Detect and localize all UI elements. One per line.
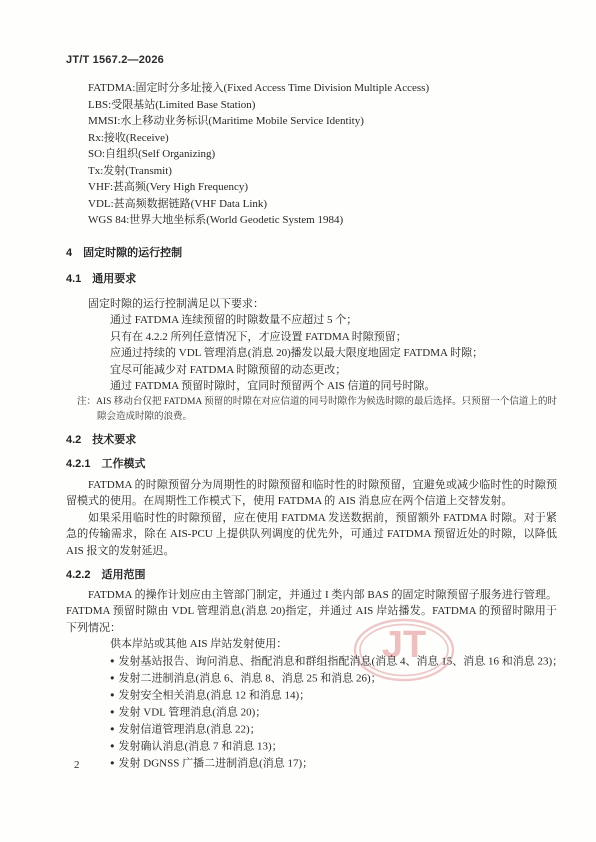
- term-definition: Tx:发射(Transmit): [66, 163, 557, 180]
- s422-lead-line: 供本岸站或其他 AIS 岸站发射使用：: [66, 636, 557, 653]
- bullet-icon: ●: [110, 690, 115, 699]
- terms-list: FATDMA:固定时分多址接入(Fixed Access Time Divisi…: [66, 80, 557, 229]
- list-item: ●发射信道管理消息(消息 22)；: [66, 721, 557, 738]
- section-4-heading: 4 固定时隙的运行控制: [66, 245, 557, 262]
- section-4-2-heading: 4.2 技术要求: [66, 432, 557, 449]
- term-definition: LBS:受限基站(Limited Base Station): [66, 97, 557, 114]
- list-item-text: 发射安全相关消息(消息 12 和消息 14)；: [119, 689, 311, 701]
- term-definition: VDL:甚高频数据链路(VHF Data Link): [66, 196, 557, 213]
- term-definition: Rx:接收(Receive): [66, 130, 557, 147]
- section-4-2-1-heading: 4.2.1 工作模式: [66, 456, 557, 473]
- bullet-icon: ●: [110, 707, 115, 716]
- list-item-text: 发射二进制消息(消息 6、消息 8、消息 25 和消息 26)；: [119, 672, 382, 684]
- requirement-item: 通过 FATDMA 连续预留的时隙数量不应超过 5 个；: [66, 312, 557, 329]
- list-item: ●发射二进制消息(消息 6、消息 8、消息 25 和消息 26)；: [66, 670, 557, 687]
- page-content: FATDMA:固定时分多址接入(Fixed Access Time Divisi…: [66, 80, 557, 772]
- bullet-icon: ●: [110, 741, 115, 750]
- document-page: JT JT/T 1567.2—2026 FATDMA:固定时分多址接入(Fixe…: [0, 0, 596, 842]
- requirement-item: 宜尽可能减少对 FATDMA 时隙预留的动态更改；: [66, 362, 557, 379]
- list-item-text: 发射 VDL 管理消息(消息 20)；: [119, 706, 267, 718]
- section-4-2-2-heading: 4.2.2 适用范围: [66, 567, 557, 584]
- term-definition: MMSI:水上移动业务标识(Maritime Mobile Service Id…: [66, 113, 557, 130]
- s421-paragraph-2: 如果采用临时性的时隙预留，应在使用 FATDMA 发送数据前，预留额外 FATD…: [66, 510, 557, 560]
- bullet-icon: ●: [110, 673, 115, 682]
- list-item-text: 发射信道管理消息(消息 22)；: [119, 723, 261, 735]
- term-definition: FATDMA:固定时分多址接入(Fixed Access Time Divisi…: [66, 80, 557, 97]
- bullet-icon: ●: [110, 758, 115, 767]
- list-item-text: 发射确认消息(消息 7 和消息 13)；: [119, 740, 283, 752]
- doc-number: JT/T 1567.2—2026: [66, 54, 164, 66]
- list-item: ●发射确认消息(消息 7 和消息 13)；: [66, 738, 557, 755]
- requirement-item: 应通过持续的 VDL 管理消息(消息 20)播发以最大限度地固定 FATDMA …: [66, 345, 557, 362]
- term-definition: VHF:甚高频(Very High Frequency): [66, 179, 557, 196]
- s41-note: 注：AIS 移动台仅把 FATDMA 预留的时隙在对应信道的同号时隙作为候选时隙…: [77, 395, 557, 425]
- bullet-icon: ●: [110, 724, 115, 733]
- s422-paragraph-1: FATDMA 的操作计划应由主管部门制定，并通过 I 类内部 BAS 的固定时隙…: [66, 587, 557, 637]
- section-4-1-heading: 4.1 通用要求: [66, 271, 557, 288]
- list-item: ●发射 VDL 管理消息(消息 20)；: [66, 704, 557, 721]
- term-definition: SO:自组织(Self Organizing): [66, 146, 557, 163]
- list-item: ●发射基站报告、询问消息、指配消息和群组指配消息(消息 4、消息 15、消息 1…: [66, 653, 557, 670]
- list-item: ●发射安全相关消息(消息 12 和消息 14)；: [66, 687, 557, 704]
- message-bullet-list: ●发射基站报告、询问消息、指配消息和群组指配消息(消息 4、消息 15、消息 1…: [66, 653, 557, 772]
- s421-paragraph-1: FATDMA 的时隙预留分为周期性的时隙预留和临时性的时隙预留，宜避免或减少临时…: [66, 477, 557, 510]
- list-item: ●发射 DGNSS 广播二进制消息(消息 17)；: [66, 755, 557, 772]
- term-definition: WGS 84:世界大地坐标系(World Geodetic System 198…: [66, 212, 557, 229]
- list-item-text: 发射 DGNSS 广播二进制消息(消息 17)；: [119, 757, 314, 769]
- requirement-item: 只有在 4.2.2 所列任意情况下，才应设置 FATDMA 时隙预留；: [66, 329, 557, 346]
- bullet-icon: ●: [110, 656, 115, 665]
- requirement-item: 通过 FATDMA 预留时隙时，宜同时预留两个 AIS 信道的同号时隙。: [66, 378, 557, 395]
- page-number: 2: [74, 759, 80, 771]
- list-item-text: 发射基站报告、询问消息、指配消息和群组指配消息(消息 4、消息 15、消息 16…: [119, 655, 564, 667]
- s41-intro: 固定时隙的运行控制满足以下要求：: [66, 296, 557, 313]
